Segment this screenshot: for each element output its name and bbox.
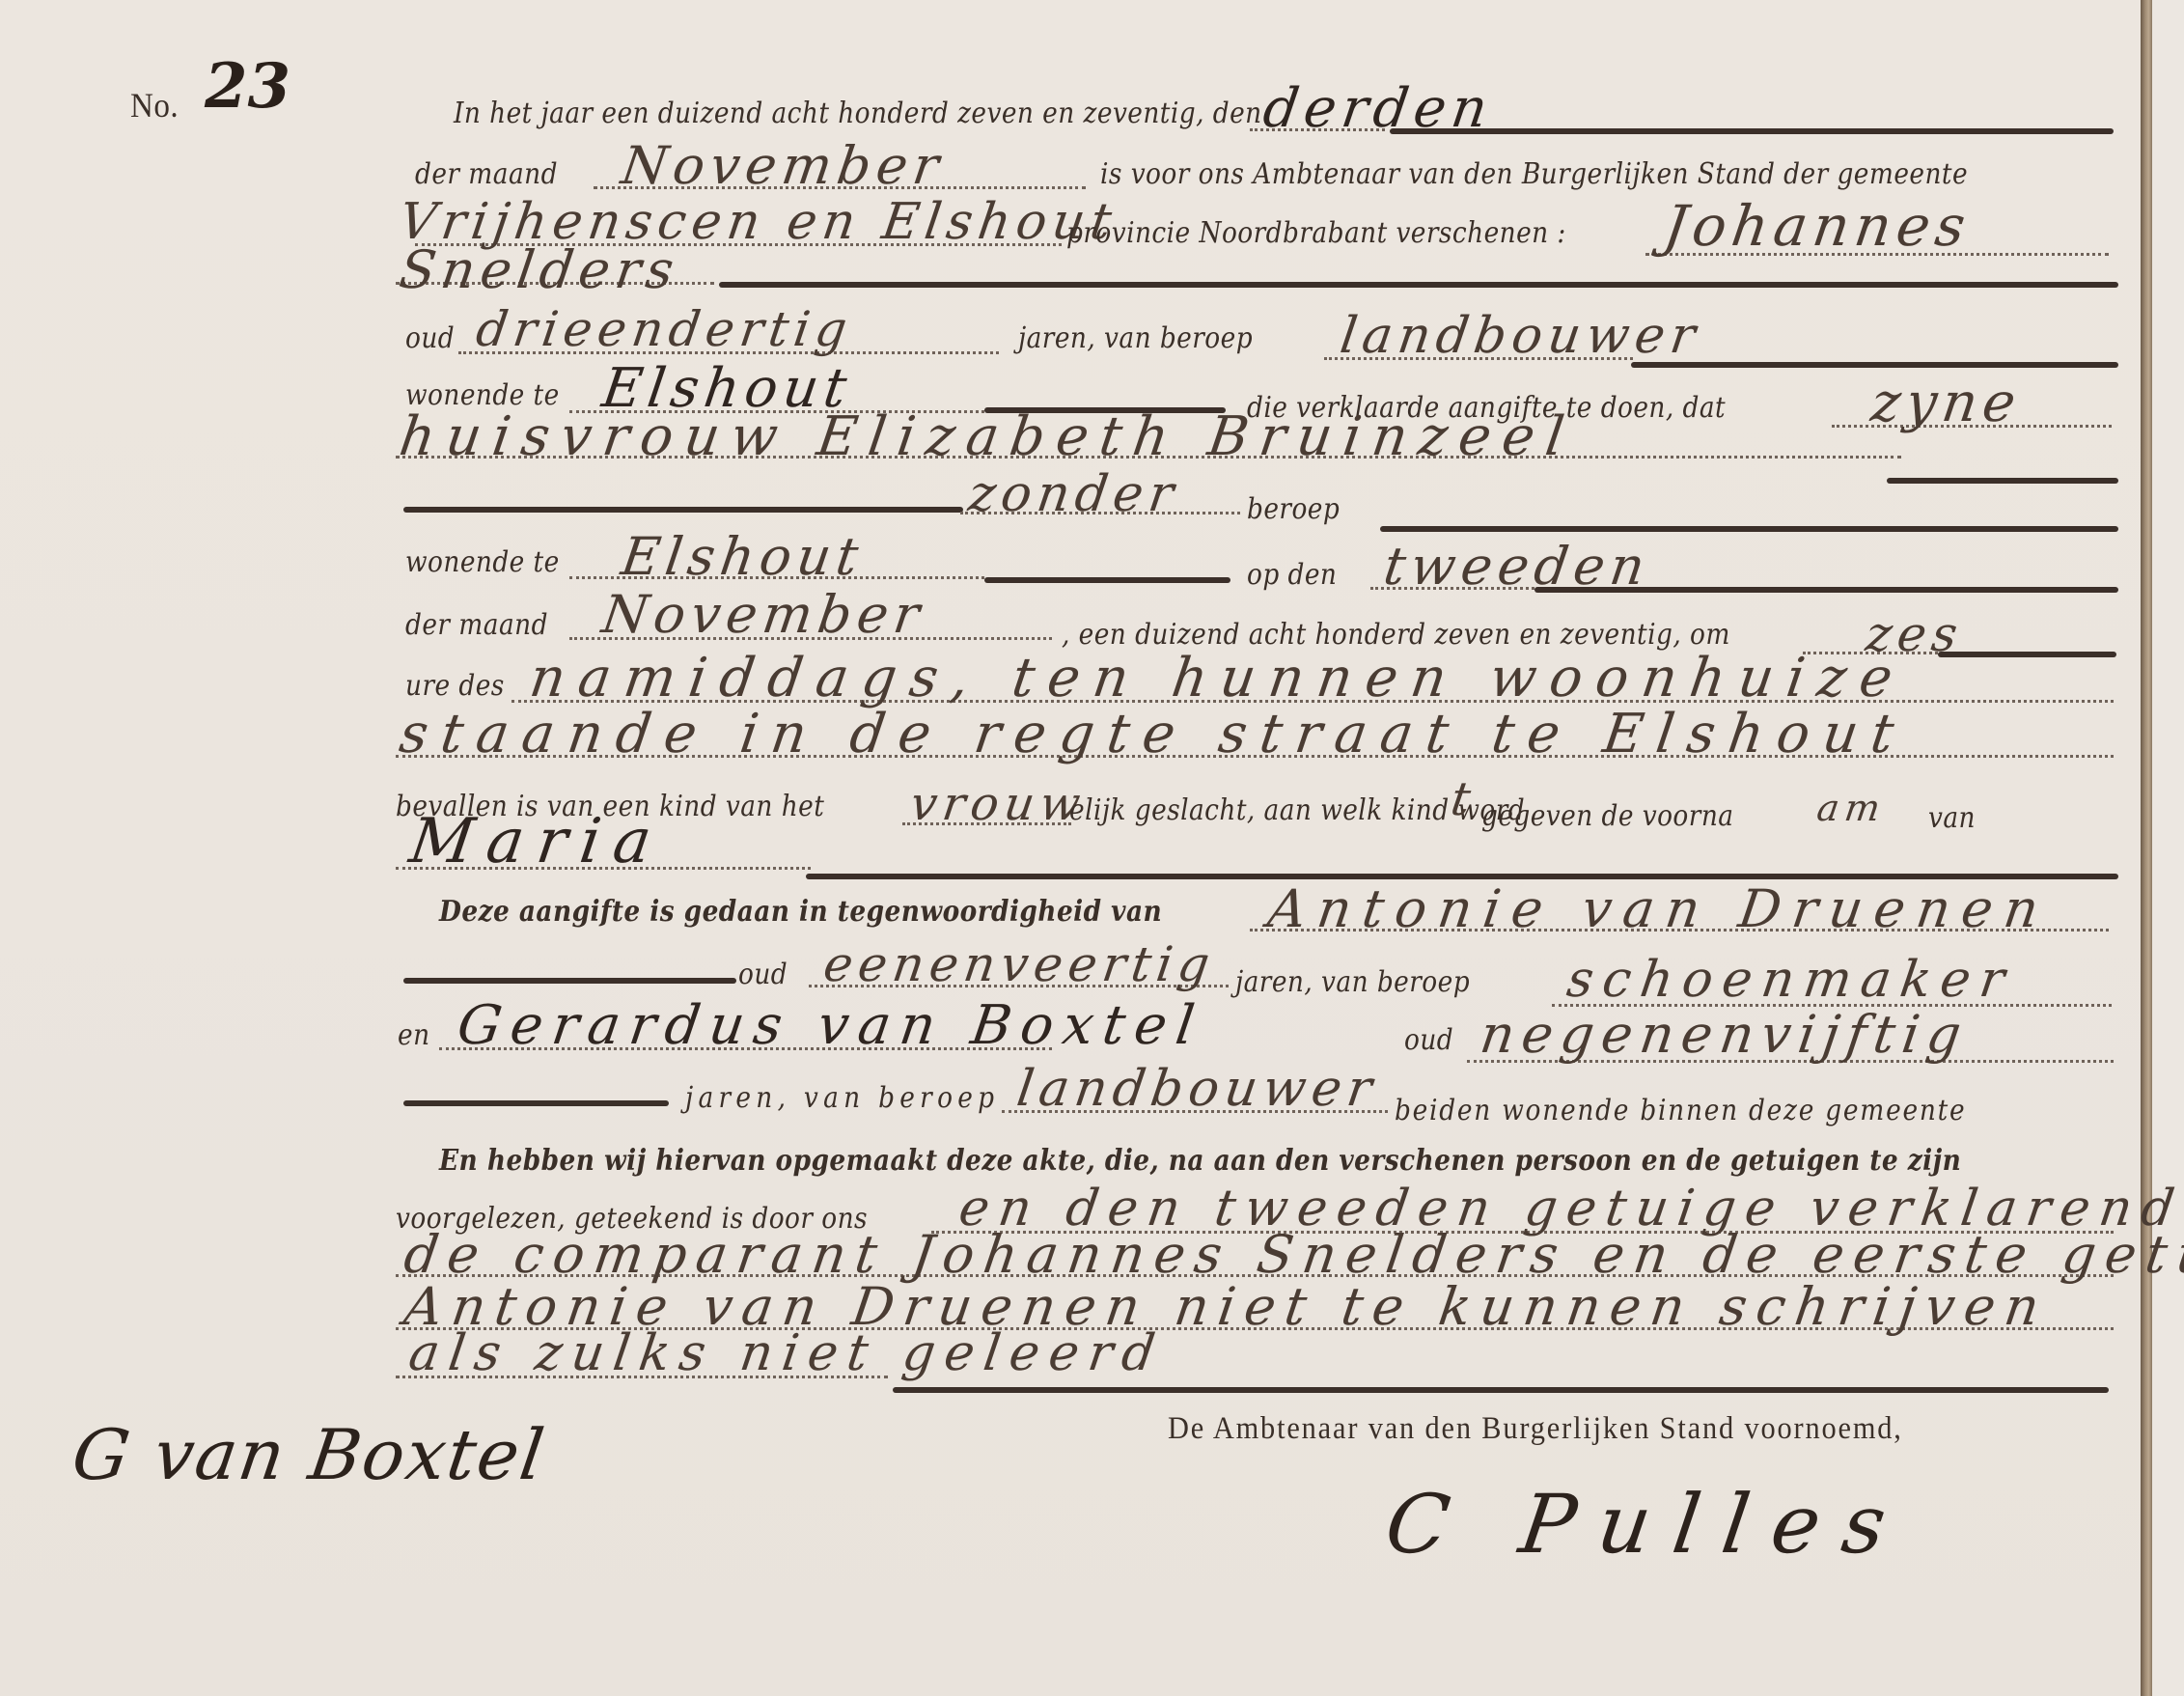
printed-line-18a: jaren, van beroep [685,1081,999,1115]
handwritten-witness-2-age: negenenvijftig [1477,1004,1973,1065]
handwritten-witness-2-name: Gerardus van Boxtel [454,994,1207,1057]
record-number: 23 [205,50,290,123]
handwritten-suffix-am: am [1814,787,1889,829]
handwritten-birth-time-place: namiddags, ten hunnen woonhuize [526,647,1910,709]
handwritten-witness-2-occupation: landbouwer [1013,1060,1381,1118]
handwritten-declarant-first-name: Johannes [1660,193,1975,259]
printed-line-5b: jaren, van beroep [1018,321,1253,355]
handwritten-child-name: Maria [405,806,669,877]
fill-rule [1390,128,2114,134]
handwritten-birth-month: November [598,584,929,645]
signature-witness: G van Boxtel [68,1414,551,1495]
fill-rule [403,978,736,984]
fill-rule [403,1100,669,1106]
handwritten-mother-residence: Elshout [618,526,868,587]
printed-line-15: Deze aangifte is gedaan in tegenwoordigh… [439,895,1162,929]
fill-rule [893,1387,2109,1393]
fill-rule [984,577,1230,583]
printed-line-3: provincie Noordbrabant verschenen : [1066,216,1566,250]
handwritten-mother-occupation: zonder [965,465,1183,523]
printed-line-9a: wonende te [405,545,560,579]
signature-official: C Pulles [1380,1477,1915,1571]
handwritten-declarant-surname: Snelders [396,239,683,300]
printed-line-8: beroep [1247,492,1340,526]
printed-line-10a: der maand [405,608,548,642]
printed-line-13d: van [1928,801,1976,835]
printed-line-16b: jaren, van beroep [1235,965,1470,999]
fill-rule [403,507,963,513]
handwritten-witness-1-age: eenenveertig [820,936,1219,992]
handwritten-mother-name: huisvrouw Elizabeth Bruinzeel [396,405,1579,468]
handwritten-declarant-age: drieendertig [473,301,856,357]
handwritten-witness-1-name: Antonie van Druenen [1264,878,2054,939]
handwritten-month: November [618,135,949,196]
printed-line-1: In het jaar een duizend acht honderd zev… [454,97,1262,130]
handwritten-birth-address: staande in de regte straat te Elshout [396,703,1911,765]
printed-line-11: ure des [405,669,505,703]
fill-rule [1938,652,2116,657]
fill-rule [1887,478,2118,484]
adjacent-page-margin [2152,0,2184,1696]
printed-closing-official: De Ambtenaar van den Burgerlijken Stand … [1168,1411,1903,1447]
printed-line-9b: op den [1247,558,1337,592]
handwritten-possessive: zyne [1867,372,2025,434]
printed-line-2b: is voor ons Ambtenaar van den Burgerlijk… [1100,157,1968,191]
handwritten-remark-line-4: als zulks niet geleerd [405,1324,1168,1382]
printed-line-5a: oud [405,321,455,355]
fill-rule [1380,526,2118,532]
printed-line-18b: beiden wonende binnen deze gemeente [1395,1094,1966,1127]
record-number-label: No. [130,85,179,125]
handwritten-declarant-occupation: landbouwer [1337,307,1704,365]
printed-line-17a: en [398,1018,430,1052]
printed-line-19: En hebben wij hiervan opgemaakt deze akt… [439,1144,1961,1178]
handwritten-witness-1-occupation: schoenmaker [1563,951,2018,1009]
fill-rule [1534,587,2118,593]
handwritten-child-sex: vrouw [907,777,1090,831]
printed-line-16a: oud [738,958,788,991]
fill-rule [1631,362,2118,368]
printed-line-2a: der maand [415,157,558,191]
printed-line-13c: gegeven de voorna [1481,799,1733,833]
page-binding-edge [2141,0,2152,1696]
fill-rule [719,282,2118,288]
printed-line-17b: oud [1404,1023,1453,1057]
